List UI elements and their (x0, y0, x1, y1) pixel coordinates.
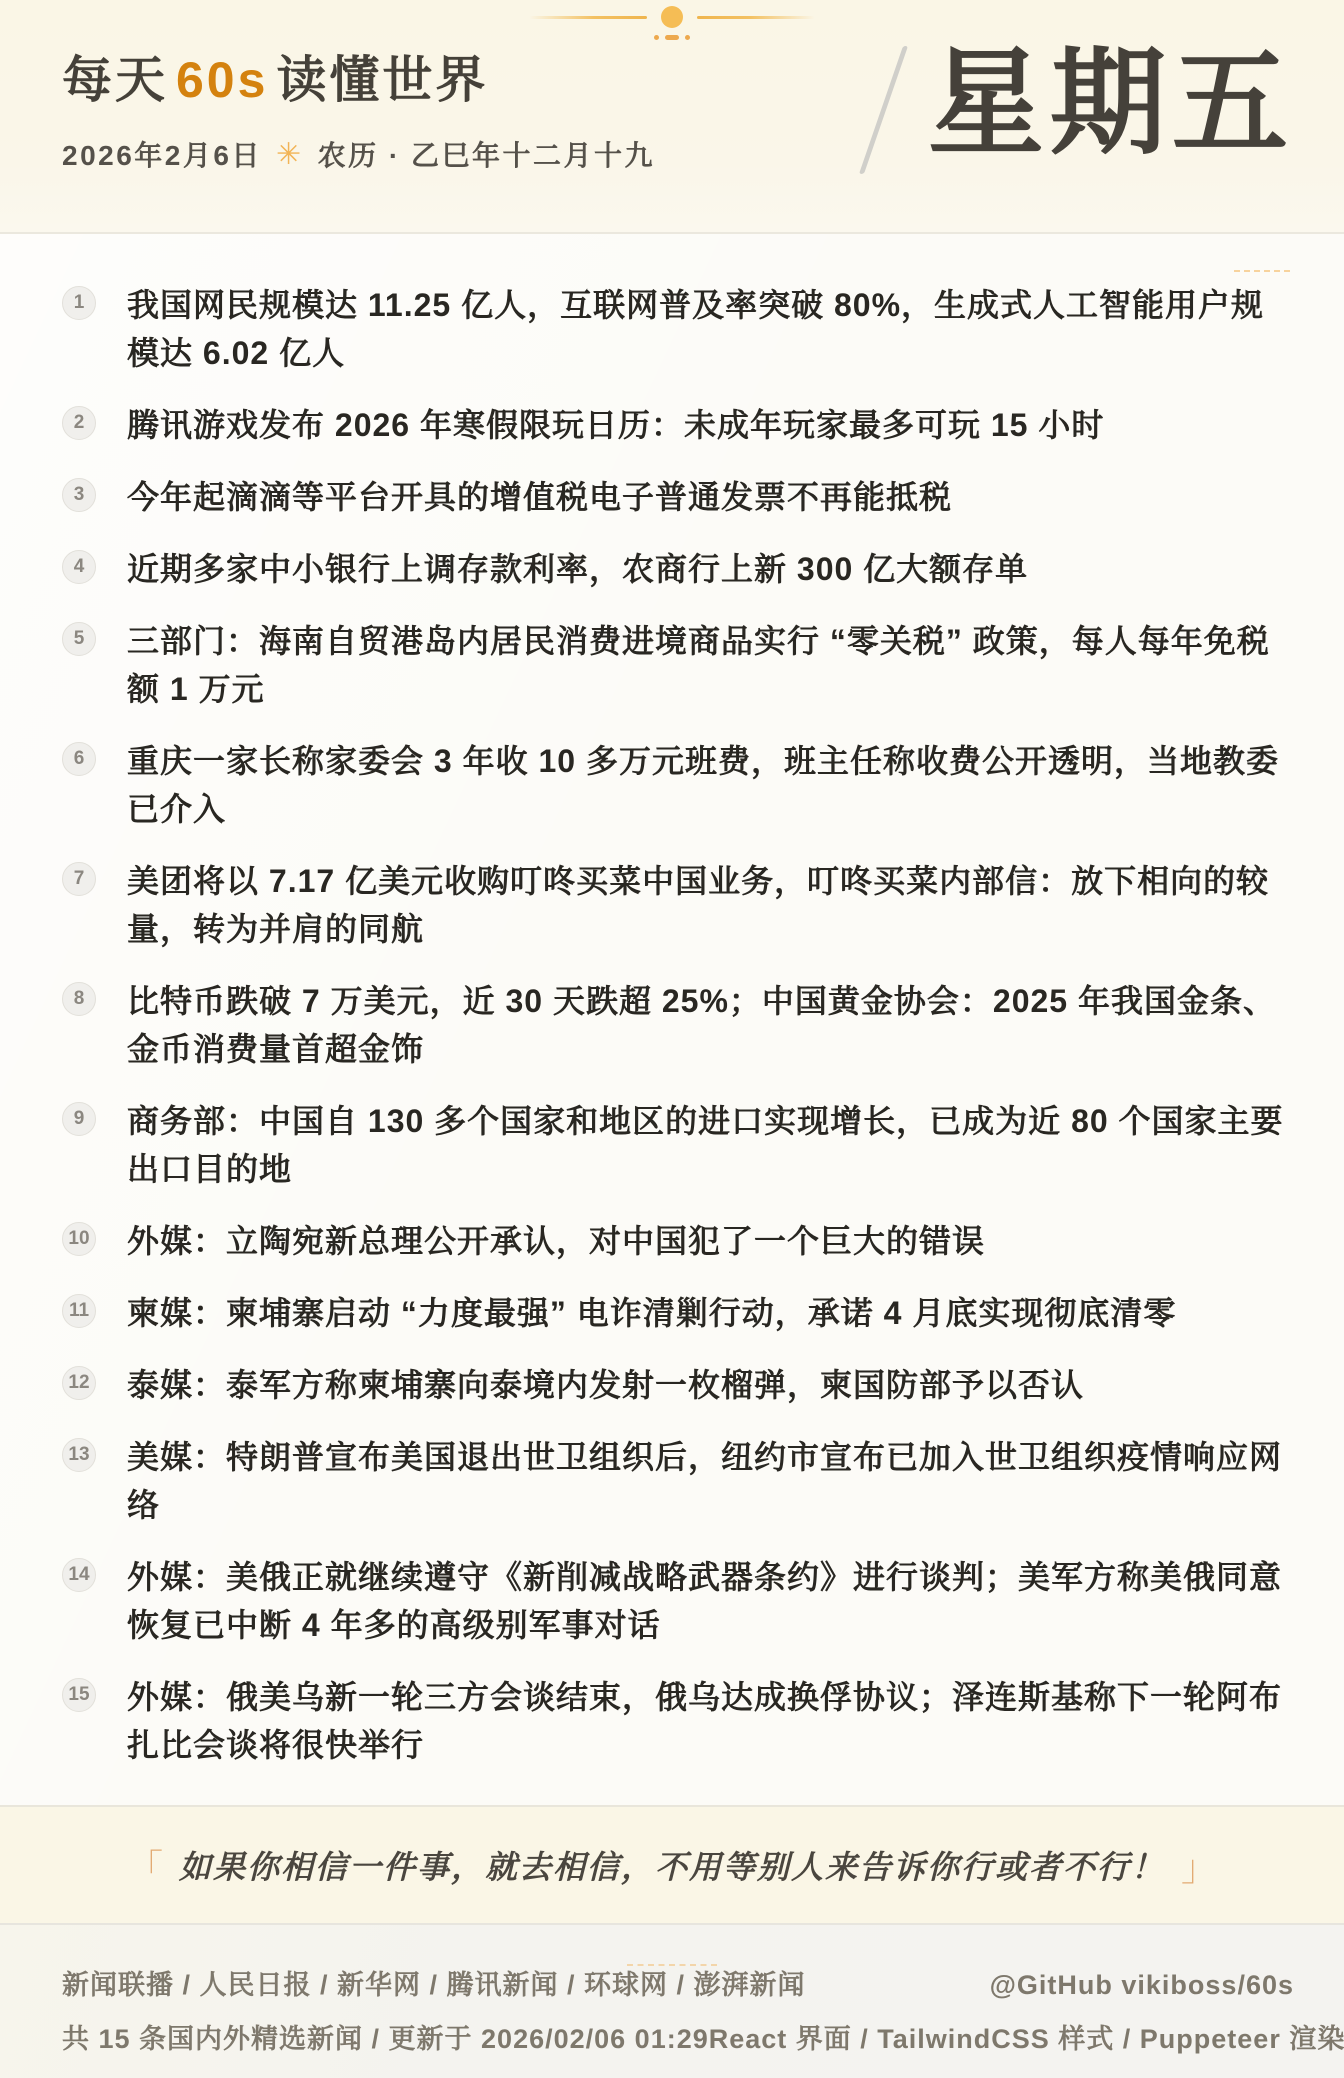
news-item: 1 我国网民规模达 11.25 亿人，互联网普及率突破 80%，生成式人工智能用… (62, 281, 1290, 377)
item-number-badge: 8 (62, 982, 96, 1016)
footer-sources: 新闻联播 / 人民日报 / 新华网 / 腾讯新闻 / 环球网 / 澎湃新闻 (62, 1963, 806, 2002)
news-item: 11 柬媒：柬埔寨启动 “力度最强” 电诈清剿行动，承诺 4 月底实现彻底清零 (62, 1289, 1290, 1337)
news-item: 6 重庆一家长称家委会 3 年收 10 多万元班费，班主任称收费公开透明，当地教… (62, 737, 1290, 833)
news-item: 9 商务部：中国自 130 多个国家和地区的进口实现增长，已成为近 80 个国家… (62, 1097, 1290, 1193)
quote-section: 「 如果你相信一件事，就去相信，不用等别人来告诉你行或者不行！ 」 (0, 1805, 1344, 1925)
item-number-badge: 11 (62, 1294, 96, 1328)
news-item-text: 外媒：美俄正就继续遵守《新削减战略武器条约》进行谈判；美军方称美俄同意恢复已中断… (127, 1553, 1290, 1649)
news-item: 7 美团将以 7.17 亿美元收购叮咚买菜中国业务，叮咚买菜内部信：放下相向的较… (62, 857, 1290, 953)
item-number-badge: 13 (62, 1438, 96, 1472)
header: 每天60s读懂世界 2026年2月6日 ✳ 农历 · 乙巳年十二月十九 星期五 (0, 0, 1344, 234)
deco-line-left-icon (529, 16, 647, 19)
item-number-badge: 6 (62, 742, 96, 776)
news-item-text: 外媒：俄美乌新一轮三方会谈结束，俄乌达成换俘协议；泽连斯基称下一轮阿布扎比会谈将… (127, 1673, 1290, 1769)
gregorian-date: 2026年2月6日 (62, 134, 262, 174)
news-item-text: 腾讯游戏发布 2026 年寒假限玩日历：未成年玩家最多可玩 15 小时 (127, 401, 1290, 449)
title-prefix: 每天 (62, 52, 168, 108)
quote-open-bracket-icon: 「 (127, 1840, 163, 1891)
quote-text: 如果你相信一件事，就去相信，不用等别人来告诉你行或者不行！ (179, 1842, 1165, 1888)
news-item: 3 今年起滴滴等平台开具的增值税电子普通发票不再能抵税 (62, 473, 1290, 521)
news-item-text: 比特币跌破 7 万美元，近 30 天跌超 25%；中国黄金协会：2025 年我国… (127, 977, 1290, 1073)
mini-dot-icon (665, 35, 679, 40)
footer-github-handle: @GitHub vikiboss/60s (990, 1970, 1294, 2001)
news-item-text: 美团将以 7.17 亿美元收购叮咚买菜中国业务，叮咚买菜内部信：放下相向的较量，… (127, 857, 1290, 953)
news-item-text: 美媒：特朗普宣布美国退出世卫组织后，纽约市宣布已加入世卫组织疫情响应网络 (127, 1433, 1290, 1529)
slash-divider (859, 46, 908, 174)
mini-dot-icon (654, 35, 659, 40)
news-item: 10 外媒：立陶宛新总理公开承认，对中国犯了一个巨大的错误 (62, 1217, 1290, 1265)
item-number-badge: 4 (62, 550, 96, 584)
news-item-text: 泰媒：泰军方称柬埔寨向泰境内发射一枚榴弹，柬国防部予以否认 (127, 1361, 1290, 1409)
news-item: 2 腾讯游戏发布 2026 年寒假限玩日历：未成年玩家最多可玩 15 小时 (62, 401, 1290, 449)
item-number-badge: 3 (62, 478, 96, 512)
news-item-text: 今年起滴滴等平台开具的增值税电子普通发票不再能抵税 (127, 473, 1290, 521)
daily-news-card: 每天60s读懂世界 2026年2月6日 ✳ 农历 · 乙巳年十二月十九 星期五 … (0, 0, 1344, 2078)
news-item: 12 泰媒：泰军方称柬埔寨向泰境内发射一枚榴弹，柬国防部予以否认 (62, 1361, 1290, 1409)
item-number-badge: 15 (62, 1678, 96, 1712)
news-list: 1 我国网民规模达 11.25 亿人，互联网普及率突破 80%，生成式人工智能用… (0, 234, 1344, 1805)
footer-summary: 共 15 条国内外精选新闻 / 更新于 2026/02/06 01:29 (62, 2017, 709, 2056)
news-item: 8 比特币跌破 7 万美元，近 30 天跌超 25%；中国黄金协会：2025 年… (62, 977, 1290, 1073)
weekday-label: 星期五 (928, 42, 1294, 164)
news-item-text: 外媒：立陶宛新总理公开承认，对中国犯了一个巨大的错误 (127, 1217, 1290, 1265)
news-item: 13 美媒：特朗普宣布美国退出世卫组织后，纽约市宣布已加入世卫组织疫情响应网络 (62, 1433, 1290, 1529)
deco-row (529, 6, 815, 28)
news-item: 15 外媒：俄美乌新一轮三方会谈结束，俄乌达成换俘协议；泽连斯基称下一轮阿布扎比… (62, 1673, 1290, 1769)
deco-dot-icon (661, 6, 683, 28)
deco-line-right-icon (697, 16, 815, 19)
news-item-text: 我国网民规模达 11.25 亿人，互联网普及率突破 80%，生成式人工智能用户规… (127, 281, 1290, 377)
header-right: 星期五 (881, 42, 1294, 174)
page-title: 每天60s读懂世界 (62, 50, 655, 110)
item-number-badge: 10 (62, 1222, 96, 1256)
news-item-text: 近期多家中小银行上调存款利率，农商行上新 300 亿大额存单 (127, 545, 1290, 593)
title-suffix: 读懂世界 (276, 52, 488, 108)
news-item-text: 商务部：中国自 130 多个国家和地区的进口实现增长，已成为近 80 个国家主要… (127, 1097, 1290, 1193)
news-item: 5 三部门：海南自贸港岛内居民消费进境商品实行 “零关税” 政策，每人每年免税额… (62, 617, 1290, 713)
mini-dot-icon (685, 35, 690, 40)
news-item: 4 近期多家中小银行上调存款利率，农商行上新 300 亿大额存单 (62, 545, 1290, 593)
quote-close-bracket-icon: 」 (1181, 1840, 1217, 1891)
item-number-badge: 9 (62, 1102, 96, 1136)
news-item-text: 柬媒：柬埔寨启动 “力度最强” 电诈清剿行动，承诺 4 月底实现彻底清零 (127, 1289, 1290, 1337)
sparkle-icon: ✳ (276, 137, 304, 172)
item-number-badge: 1 (62, 286, 96, 320)
item-number-badge: 12 (62, 1366, 96, 1400)
item-number-badge: 2 (62, 406, 96, 440)
footer: 新闻联播 / 人民日报 / 新华网 / 腾讯新闻 / 环球网 / 澎湃新闻 @G… (0, 1925, 1344, 2078)
lunar-date: 农历 · 乙巳年十二月十九 (318, 134, 655, 174)
footer-row-2: 共 15 条国内外精选新闻 / 更新于 2026/02/06 01:29 Rea… (62, 2017, 1294, 2056)
mini-dots-icon (654, 35, 690, 40)
footer-row-1: 新闻联播 / 人民日报 / 新华网 / 腾讯新闻 / 环球网 / 澎湃新闻 @G… (62, 1963, 1294, 2002)
news-item-text: 重庆一家长称家委会 3 年收 10 多万元班费，班主任称收费公开透明，当地教委已… (127, 737, 1290, 833)
title-accent: 60s (168, 52, 276, 108)
top-decoration (0, 6, 1344, 40)
news-item: 14 外媒：美俄正就继续遵守《新削减战略武器条约》进行谈判；美军方称美俄同意恢复… (62, 1553, 1290, 1649)
date-row: 2026年2月6日 ✳ 农历 · 乙巳年十二月十九 (62, 134, 655, 174)
item-number-badge: 7 (62, 862, 96, 896)
item-number-badge: 5 (62, 622, 96, 656)
item-number-badge: 14 (62, 1558, 96, 1592)
news-item-text: 三部门：海南自贸港岛内居民消费进境商品实行 “零关税” 政策，每人每年免税额 1… (127, 617, 1290, 713)
footer-tech-stack: React 界面 / TailwindCSS 样式 / Puppeteer 渲染… (709, 2017, 1344, 2056)
